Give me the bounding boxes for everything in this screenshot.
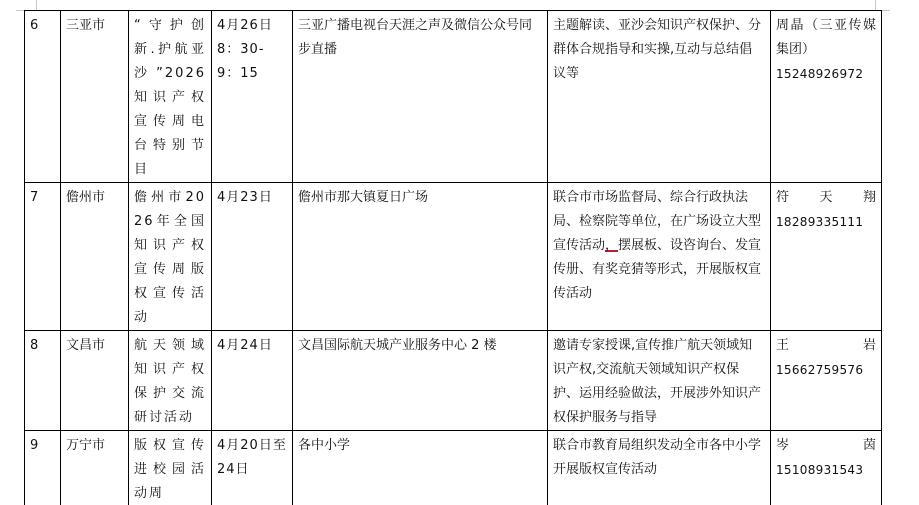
page-margin-mark (875, 0, 876, 10)
cell-date: 4月20日至24日 (212, 431, 293, 505)
contact-name: 符 天 翔 (776, 186, 876, 210)
contact-phone: 15248926972 (776, 62, 876, 86)
contact-name-part: 岩 (863, 334, 876, 358)
cell-number: 9 (25, 431, 61, 505)
cell-event-name: 版权宣传进校园活动周 (129, 431, 212, 505)
events-table: 6 三亚市 “守护创新.护航亚沙”2026知识产权宣传周电台特别节目 4月26日… (24, 10, 882, 505)
table-row: 8 文昌市 航天领域知识产权保护交流研讨活动 4月24日 文昌国际航天城产业服务… (25, 331, 882, 431)
cell-content: 联合市市场监督局、综合行政执法局、检察院等单位，在广场设立大型宣传活动，摆展板、… (548, 183, 771, 331)
cell-location: 三亚广播电视台天涯之声及微信公众号同步直播 (293, 11, 548, 183)
cell-event-name: 航天领域知识产权保护交流研讨活动 (129, 331, 212, 431)
cell-date: 4月26日8：30-9：15 (212, 11, 293, 183)
contact-name: 岑 茵 (776, 434, 876, 458)
contact-phone: 15662759576 (776, 358, 876, 382)
cell-contact: 岑 茵 15108931543 (771, 431, 882, 505)
contact-name-part: 王 (776, 334, 789, 358)
spellcheck-underline: ， (605, 238, 618, 253)
contact-name-part: 天 (819, 186, 832, 210)
cell-contact: 周晶（三亚传媒集团） 15248926972 (771, 11, 882, 183)
cell-date: 4月23日 (212, 183, 293, 331)
contact-name-part: 茵 (863, 434, 876, 458)
cell-city: 儋州市 (61, 183, 129, 331)
contact-name-part: 符 (776, 186, 789, 210)
cell-location: 各中小学 (293, 431, 548, 505)
table-row: 9 万宁市 版权宣传进校园活动周 4月20日至24日 各中小学 联合市教育局组织… (25, 431, 882, 505)
cell-location: 文昌国际航天城产业服务中心 2 楼 (293, 331, 548, 431)
contact-phone: 15108931543 (776, 458, 876, 482)
cell-number: 7 (25, 183, 61, 331)
page-margin-mark (16, 10, 24, 11)
cell-event-name: 儋州市2026年全国知识产权宣传周版权宣传活动 (129, 183, 212, 331)
cell-date: 4月24日 (212, 331, 293, 431)
table-row: 7 儋州市 儋州市2026年全国知识产权宣传周版权宣传活动 4月23日 儋州市那… (25, 183, 882, 331)
cell-city: 三亚市 (61, 11, 129, 183)
table-row: 6 三亚市 “守护创新.护航亚沙”2026知识产权宣传周电台特别节目 4月26日… (25, 11, 882, 183)
contact-name: 周晶（三亚传媒集团） (776, 14, 876, 62)
contact-name: 王 岩 (776, 334, 876, 358)
contact-phone: 18289335111 (776, 210, 876, 234)
cell-location: 儋州市那大镇夏日广场 (293, 183, 548, 331)
cell-city: 文昌市 (61, 331, 129, 431)
cell-contact: 符 天 翔 18289335111 (771, 183, 882, 331)
page-margin-mark (36, 0, 37, 10)
cell-content: 联合市教育局组织发动全市各中小学开展版权宣传活动 (548, 431, 771, 505)
contact-name-part: 翔 (863, 186, 876, 210)
cell-content: 邀请专家授课,宣传推广航天领域知识产权,交流航天领域知识产权保护、运用经验做法，… (548, 331, 771, 431)
cell-event-name: “守护创新.护航亚沙”2026知识产权宣传周电台特别节目 (129, 11, 212, 183)
contact-name-part: 岑 (776, 434, 789, 458)
cell-city: 万宁市 (61, 431, 129, 505)
cell-number: 8 (25, 331, 61, 431)
cell-contact: 王 岩 15662759576 (771, 331, 882, 431)
cell-number: 6 (25, 11, 61, 183)
cell-content: 主题解读、亚沙会知识产权保护、分群体合规指导和实操,互动与总结倡议等 (548, 11, 771, 183)
